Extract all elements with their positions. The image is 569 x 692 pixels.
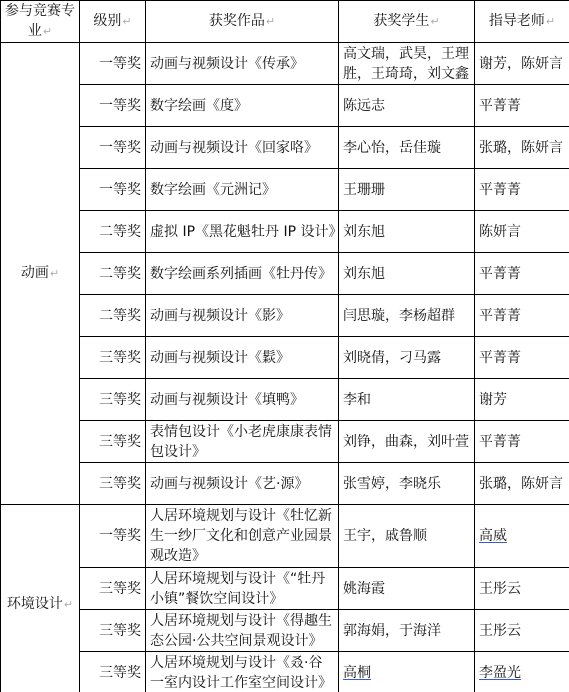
students-cell: 高桐	[339, 652, 475, 692]
level-cell: 三等奖	[80, 610, 146, 652]
work-cell: 虚拟 IP《黑花魁牡丹 IP 设计》	[146, 211, 339, 253]
paragraph-mark-icon: ↵	[122, 15, 131, 28]
paragraph-mark-icon: ↵	[50, 267, 59, 280]
level-cell: 一等奖	[80, 43, 146, 85]
header-row: 参与竞赛专业↵ 级别↵ 获奖作品↵ 获奖学生↵ 指导老师↵	[1, 1, 569, 43]
header-level: 级别↵	[80, 1, 146, 43]
students-cell: 陈远志	[339, 85, 475, 127]
students-cell: 郭海娟，于海洋	[339, 610, 475, 652]
advisor-cell: 平菁菁	[475, 169, 569, 211]
students-cell: 刘东旭	[339, 211, 475, 253]
level-cell: 三等奖	[80, 421, 146, 463]
work-cell: 动画与视频设计《回家咯》	[146, 127, 339, 169]
students-cell: 刘晓倩，刁马露	[339, 337, 475, 379]
level-cell: 一等奖	[80, 505, 146, 568]
header-major: 参与竞赛专业↵	[1, 1, 80, 43]
work-cell: 数字绘画系列插画《牡丹传》	[146, 253, 339, 295]
work-cell: 人居环境规划与设计《得趣生态公园·公共空间景观设计》	[146, 610, 339, 652]
level-cell: 一等奖	[80, 127, 146, 169]
table-row: 三等奖 人居环境规划与设计《“牡丹小镇”餐饮空间设计》 姚海霞 王彤云	[1, 568, 569, 610]
level-cell: 三等奖	[80, 652, 146, 692]
level-cell: 二等奖	[80, 253, 146, 295]
advisor-cell: 平菁菁	[475, 85, 569, 127]
work-cell: 动画与视频设计《传承》	[146, 43, 339, 85]
students-cell: 闫思璇，李杨超群	[339, 295, 475, 337]
level-cell: 二等奖	[80, 295, 146, 337]
paragraph-mark-icon: ↵	[43, 25, 52, 38]
level-cell: 三等奖	[80, 463, 146, 505]
level-cell: 三等奖	[80, 337, 146, 379]
level-cell: 一等奖	[80, 85, 146, 127]
work-cell: 数字绘画《度》	[146, 85, 339, 127]
advisor-cell: 谢芳	[475, 379, 569, 421]
header-work: 获奖作品↵	[146, 1, 339, 43]
table-row: 三等奖 人居环境规划与设计《得趣生态公园·公共空间景观设计》 郭海娟，于海洋 王…	[1, 610, 569, 652]
work-cell: 动画与视频设计《影》	[146, 295, 339, 337]
major-cell-environment-design: 环境设计↵	[1, 505, 80, 692]
advisor-cell: 平菁菁	[475, 253, 569, 295]
table-row: 一等奖 数字绘画《元洲记》 王珊珊 平菁菁	[1, 169, 569, 211]
table-row: 一等奖 数字绘画《度》 陈远志 平菁菁	[1, 85, 569, 127]
table-row: 三等奖 动画与视频设计《填鸭》 李和 谢芳	[1, 379, 569, 421]
students-cell: 张雪婷，李晓乐	[339, 463, 475, 505]
major-cell-animation: 动画↵	[1, 43, 80, 505]
students-cell: 李心怡，岳佳璇	[339, 127, 475, 169]
students-cell: 刘东旭	[339, 253, 475, 295]
advisor-cell: 陈妍言	[475, 211, 569, 253]
paragraph-mark-icon: ↵	[430, 15, 439, 28]
header-students: 获奖学生↵	[339, 1, 475, 43]
students-cell: 刘铮，曲森，刘叶萱	[339, 421, 475, 463]
paragraph-mark-icon: ↵	[266, 15, 275, 28]
table-row: 二等奖 虚拟 IP《黑花魁牡丹 IP 设计》 刘东旭 陈妍言	[1, 211, 569, 253]
work-cell: 动画与视频设计《鬏》	[146, 337, 339, 379]
level-cell: 三等奖	[80, 379, 146, 421]
advisor-cell: 王彤云	[475, 568, 569, 610]
students-cell: 姚海霞	[339, 568, 475, 610]
students-cell: 王珊珊	[339, 169, 475, 211]
level-cell: 三等奖	[80, 568, 146, 610]
header-advisor: 指导老师↵	[475, 1, 569, 43]
table-row: 三等奖 人居环境规划与设计《叒·谷一室内设计工作室空间设计》 高桐 李盈光	[1, 652, 569, 692]
paragraph-mark-icon: ↵	[64, 598, 73, 611]
work-cell: 人居环境规划与设计《牡忆新生一纱厂文化和创意产业园景观改造》	[146, 505, 339, 568]
work-cell: 表情包设计《小老虎康康表情包设计》	[146, 421, 339, 463]
table-row: 三等奖 动画与视频设计《艺·源》 张雪婷，李晓乐 张璐，陈妍言	[1, 463, 569, 505]
table-row: 三等奖 表情包设计《小老虎康康表情包设计》 刘铮，曲森，刘叶萱 平菁菁	[1, 421, 569, 463]
table-row: 一等奖 动画与视频设计《回家咯》 李心怡，岳佳璇 张璐，陈妍言	[1, 127, 569, 169]
work-cell: 动画与视频设计《艺·源》	[146, 463, 339, 505]
table-row: 三等奖 动画与视频设计《鬏》 刘晓倩，刁马露 平菁菁	[1, 337, 569, 379]
table-row: 动画↵ 一等奖 动画与视频设计《传承》 高文瑞，武昊，王理胜，王琦琦，刘文鑫 谢…	[1, 43, 569, 85]
awards-table: 参与竞赛专业↵ 级别↵ 获奖作品↵ 获奖学生↵ 指导老师↵ 动画↵ 一等奖 动画…	[0, 0, 569, 692]
advisor-cell: 平菁菁	[475, 295, 569, 337]
advisor-cell: 李盈光	[475, 652, 569, 692]
students-cell: 李和	[339, 379, 475, 421]
table-row: 二等奖 动画与视频设计《影》 闫思璇，李杨超群 平菁菁	[1, 295, 569, 337]
students-cell: 王宇，戚鲁顺	[339, 505, 475, 568]
work-cell: 人居环境规划与设计《“牡丹小镇”餐饮空间设计》	[146, 568, 339, 610]
paragraph-mark-icon: ↵	[546, 15, 555, 28]
advisor-cell: 高威	[475, 505, 569, 568]
work-cell: 动画与视频设计《填鸭》	[146, 379, 339, 421]
advisor-cell: 谢芳，陈妍言	[475, 43, 569, 85]
table-row: 二等奖 数字绘画系列插画《牡丹传》 刘东旭 平菁菁	[1, 253, 569, 295]
level-cell: 一等奖	[80, 169, 146, 211]
level-cell: 二等奖	[80, 211, 146, 253]
work-cell: 人居环境规划与设计《叒·谷一室内设计工作室空间设计》	[146, 652, 339, 692]
advisor-cell: 张璐，陈妍言	[475, 127, 569, 169]
advisor-cell: 平菁菁	[475, 421, 569, 463]
advisor-cell: 张璐，陈妍言	[475, 463, 569, 505]
table-row: 环境设计↵ 一等奖 人居环境规划与设计《牡忆新生一纱厂文化和创意产业园景观改造》…	[1, 505, 569, 568]
advisor-cell: 王彤云	[475, 610, 569, 652]
advisor-cell: 平菁菁	[475, 337, 569, 379]
work-cell: 数字绘画《元洲记》	[146, 169, 339, 211]
students-cell: 高文瑞，武昊，王理胜，王琦琦，刘文鑫	[339, 43, 475, 85]
